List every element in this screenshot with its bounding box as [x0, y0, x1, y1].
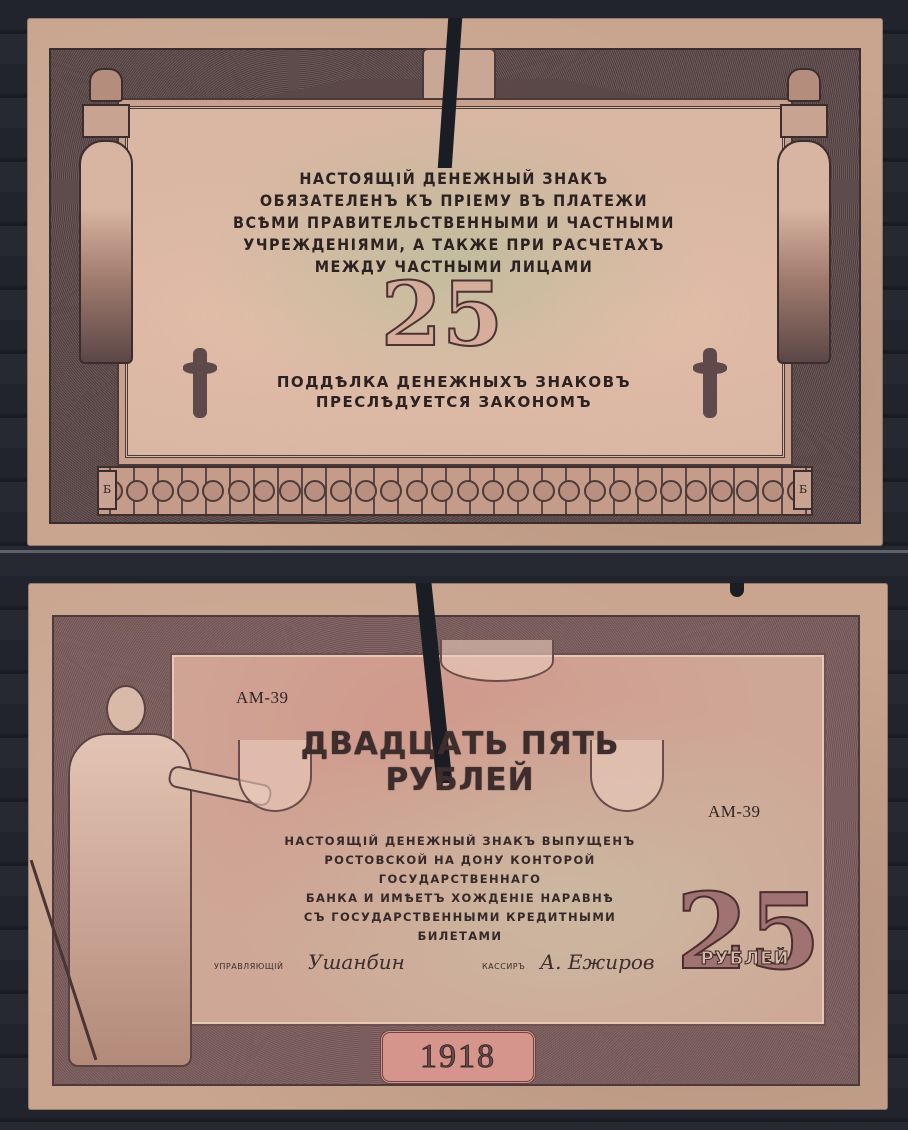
title-line: ДВАДЦАТЬ ПЯТЬ: [290, 726, 630, 762]
caryatid-body: [777, 140, 831, 364]
front-text-line: РОСТОВСКОЙ НА ДОНУ КОНТОРОЙ ГОСУДАРСТВЕН…: [245, 851, 675, 889]
back-denomination-numeral: 25: [372, 270, 512, 358]
rosette-icon: [762, 480, 784, 502]
warning-line: ПРЕСЛѢДУЕТСЯ ЗАКОНОМЪ: [160, 392, 748, 412]
signature-label-cashier: КАССИРЪ: [482, 962, 525, 971]
rosette-icon: [202, 480, 224, 502]
caryatid-figure-right: [773, 68, 835, 368]
serial-number-right: АМ-39: [708, 802, 761, 822]
edge-tear: [730, 583, 744, 597]
title-line: РУБЛЕЙ: [290, 762, 630, 798]
signature-label-manager: УПРАВЛЯЮЩІЙ: [214, 962, 283, 971]
caryatid-figure-left: [75, 68, 137, 368]
back-text-line: НАСТОЯЩІЙ ДЕНЕЖНЫЙ ЗНАКЪ: [140, 168, 768, 190]
serial-number-left: АМ-39: [236, 688, 289, 708]
eagle-crest: [440, 640, 554, 682]
rosette-band: [97, 466, 813, 516]
caryatid-body: [79, 140, 133, 364]
year-cartouche: 1918: [380, 1030, 536, 1084]
rosette-icon: [330, 480, 352, 502]
rosette-icon: [406, 480, 428, 502]
rosette-icon: [736, 480, 758, 502]
back-legal-text: НАСТОЯЩІЙ ДЕНЕЖНЫЙ ЗНАКЪ ОБЯЗАТЕЛЕНЪ КЪ …: [140, 168, 768, 278]
rosette-icon: [355, 480, 377, 502]
rosette-icon: [711, 480, 733, 502]
warning-line: ПОДДѢЛКА ДЕНЕЖНЫХЪ ЗНАКОВЪ: [160, 372, 748, 392]
rosette-icon: [584, 480, 606, 502]
rosette-icon: [253, 480, 275, 502]
corner-mark-right: Б: [793, 470, 813, 510]
pillar-capital: [82, 104, 130, 138]
rosette-icon: [177, 480, 199, 502]
front-legal-text: НАСТОЯЩІЙ ДЕНЕЖНЫЙ ЗНАКЪ ВЫПУЩЕНЪ РОСТОВ…: [245, 832, 675, 946]
signature-cashier: А. Ежиров: [540, 950, 655, 974]
background-divider: [0, 550, 908, 553]
front-text-line: НАСТОЯЩІЙ ДЕНЕЖНЫЙ ЗНАКЪ ВЫПУЩЕНЪ: [245, 832, 675, 851]
figure-head: [106, 685, 146, 733]
rosette-icon: [609, 480, 631, 502]
rosette-icon: [126, 480, 148, 502]
rosette-icon: [457, 480, 479, 502]
rosette-icon: [152, 480, 174, 502]
rosette-icon: [660, 480, 682, 502]
allegorical-woman-figure: [58, 685, 198, 1065]
denomination-label: РУБЛЕЙ: [670, 948, 820, 969]
front-text-line: БИЛЕТАМИ: [245, 927, 675, 946]
rosette-icon: [431, 480, 453, 502]
denomination-title: ДВАДЦАТЬ ПЯТЬ РУБЛЕЙ: [290, 726, 630, 798]
back-text-line: УЧРЕЖДЕНІЯМИ, А ТАКЖЕ ПРИ РАСЧЕТАХЪ: [140, 234, 768, 256]
corner-mark-left: Б: [97, 470, 117, 510]
rosette-icon: [507, 480, 529, 502]
rosette-icon: [635, 480, 657, 502]
rosette-icon: [558, 480, 580, 502]
rosette-icon: [685, 480, 707, 502]
rosette-icon: [482, 480, 504, 502]
front-text-line: СЪ ГОСУДАРСТВЕННЫМИ КРЕДИТНЫМИ: [245, 908, 675, 927]
back-text-line: ВСѢМИ ПРАВИТЕЛЬСТВЕННЫМИ И ЧАСТНЫМИ: [140, 212, 768, 234]
front-text-line: БАНКА И ИМѢЕТЪ ХОЖДЕНІЕ НАРАВНѢ: [245, 889, 675, 908]
rosette-icon: [533, 480, 555, 502]
back-text-line: ОБЯЗАТЕЛЕНЪ КЪ ПРІЕМУ ВЪ ПЛАТЕЖИ: [140, 190, 768, 212]
rosette-icon: [380, 480, 402, 502]
rosette-icon: [304, 480, 326, 502]
urn-icon: [787, 68, 821, 102]
rosette-icon: [228, 480, 250, 502]
pillar-capital: [780, 104, 828, 138]
signature-manager: Ушанбин: [308, 950, 405, 974]
counterfeit-warning: ПОДДѢЛКА ДЕНЕЖНЫХЪ ЗНАКОВЪ ПРЕСЛѢДУЕТСЯ …: [160, 372, 748, 412]
back-text-line: МЕЖДУ ЧАСТНЫМИ ЛИЦАМИ: [140, 256, 768, 278]
rosette-icon: [279, 480, 301, 502]
urn-icon: [89, 68, 123, 102]
